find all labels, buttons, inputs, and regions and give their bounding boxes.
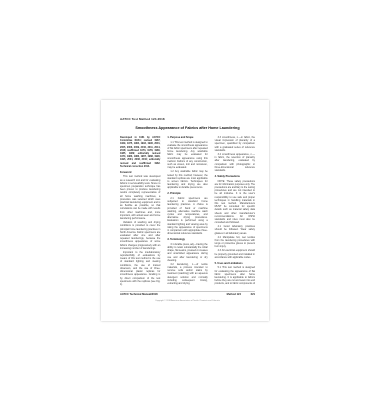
paragraph: 4.2 Manipulate hot, wet textiles from th… [215, 236, 255, 249]
section-heading: 5. Uses and Limitations [215, 262, 255, 265]
paragraph: NOTE: These safety precautions are for i… [215, 180, 255, 225]
screenshot-canvas: { "colors": { "background": "#ffffff", "… [0, 0, 368, 420]
document-body-columns: Developed in 1961 by AATCC Committee RA6… [120, 136, 255, 288]
document-footer: AATCC Technical Manual/2018 Method 124 2… [120, 291, 255, 296]
paragraph: Variation of washing and drying conditio… [120, 221, 160, 250]
paragraph: 1.1 This test method is designed to eval… [167, 141, 207, 170]
section-heading: 4. Safety Precautions [215, 175, 255, 178]
paragraph: 3.4 smoothness appearance, n.—in fabric,… [215, 153, 255, 172]
section-heading: 1. Purpose and Scope [167, 136, 207, 139]
footer-manual-label: AATCC Technical Manual/2018 [120, 293, 158, 296]
history-paragraph: Developed in 1961 by AATCC Committee RA6… [120, 136, 160, 168]
paragraph: 3.2 laundering, n.—of textile materials,… [167, 263, 207, 285]
footer-method-label: Method 124 [227, 293, 241, 296]
footer-copyright-line: Copyright © 2018 American Association of… [120, 300, 255, 303]
paragraph: 1.2 Any washable fabric may be tested by… [167, 170, 207, 189]
paragraph: 3.3 smoothness, n.—in fabric, the visual… [215, 136, 255, 152]
section-heading: 2. Principle [167, 192, 207, 195]
document-title: Smoothness Appearance of Fabrics after H… [120, 126, 255, 131]
section-heading: Foreword [120, 171, 160, 174]
footer-page-number: 221 [251, 293, 255, 296]
document-page: AATCC Test Method 124-2018 Smoothness Ap… [101, 100, 269, 321]
paragraph: Important to the interlaboratory reprodu… [120, 251, 160, 286]
paragraph: 4.1 Good laboratory practices should be … [215, 225, 255, 235]
paragraph: This test method was developed as a rese… [120, 175, 160, 220]
paragraph: 4.3 All electrical equipment should be p… [215, 249, 255, 259]
paragraph: 2.1 Fabric specimens are subjected to st… [167, 197, 207, 235]
document-header-label: AATCC Test Method 124-2018 [120, 117, 165, 121]
footer-right-group: Method 124 221 [227, 293, 255, 296]
paragraph: 3.1 durable press, adj.—having the abili… [167, 243, 207, 262]
section-heading: 3. Terminology [167, 238, 207, 241]
